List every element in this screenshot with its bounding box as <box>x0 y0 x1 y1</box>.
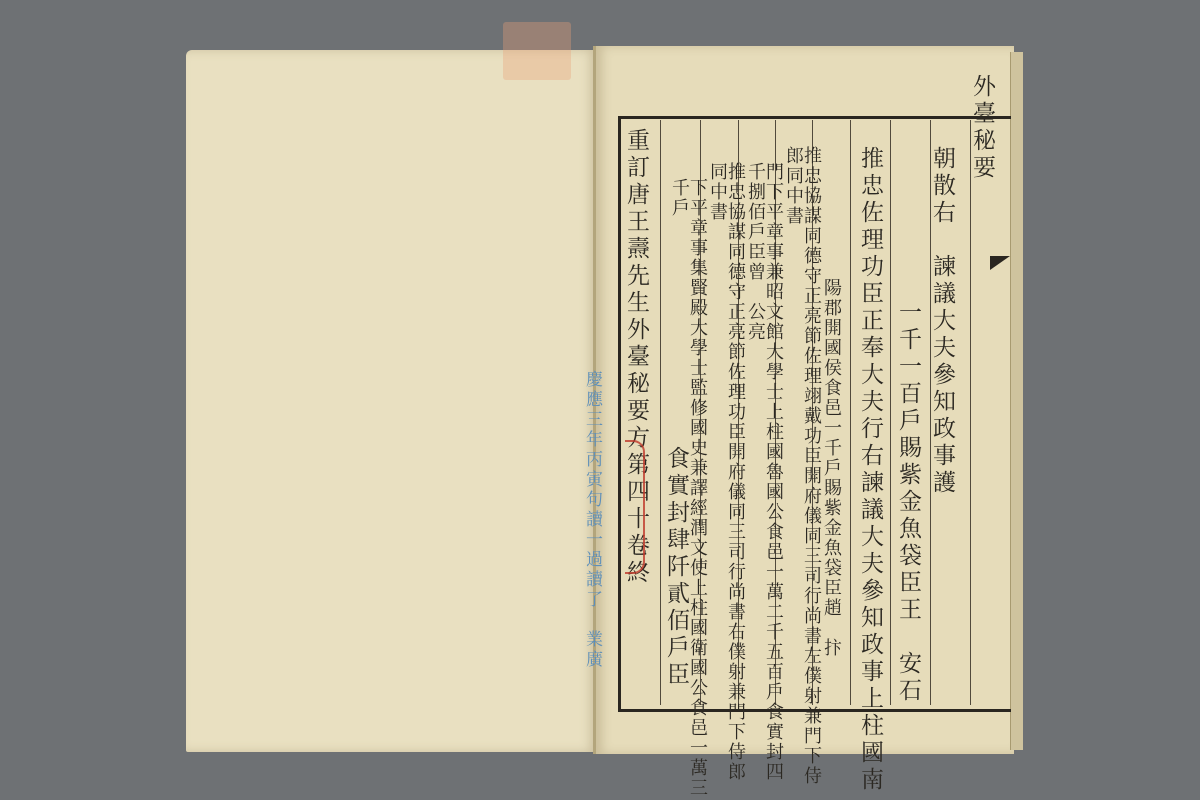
banxin-title: 外臺秘要 <box>970 74 993 182</box>
column-rule <box>660 120 661 705</box>
column-rule <box>970 120 971 705</box>
text-column-1: 朝散右 諫議大夫參知政事護 <box>930 146 953 497</box>
text-column-3: 推忠佐理功臣正奉大夫行右諫議大夫參知政事上柱國南 <box>858 146 881 794</box>
page-edge <box>1010 52 1023 750</box>
red-circle-annotation <box>625 440 645 574</box>
column-rule <box>850 120 851 705</box>
reader-note: 慶應三年丙寅句讀一過讀了 業廣 <box>580 370 605 670</box>
text-column-2: 一千一百戶賜紫金魚袋臣王 安石 <box>896 300 919 705</box>
text-column-7: 推忠協謀同德守正亮節佐理功臣開府儀同三司行尚書右僕射兼門下侍郎同中書 <box>708 162 744 800</box>
column-rule <box>890 120 891 705</box>
seal-stamp <box>503 22 571 80</box>
fish-tail-mark-icon <box>990 256 1010 270</box>
text-column-5: 推忠協謀同德守正亮節佐理翊戴功臣開府儀同三司行尚書左僕射兼門下侍郎同中書 <box>784 146 820 800</box>
text-column-9: 食實封肆阡貳佰戶臣 <box>664 446 687 689</box>
text-column-4: 陽郡開國侯食邑一千戶賜紫金魚袋臣趙 抃 <box>822 278 840 658</box>
left-page-blank <box>186 50 596 752</box>
text-column-6: 門下平章事兼昭文館大學士上柱國魯國公食邑一萬二千五百戶食實封四千捌佰戶臣曾 公亮 <box>746 162 782 800</box>
